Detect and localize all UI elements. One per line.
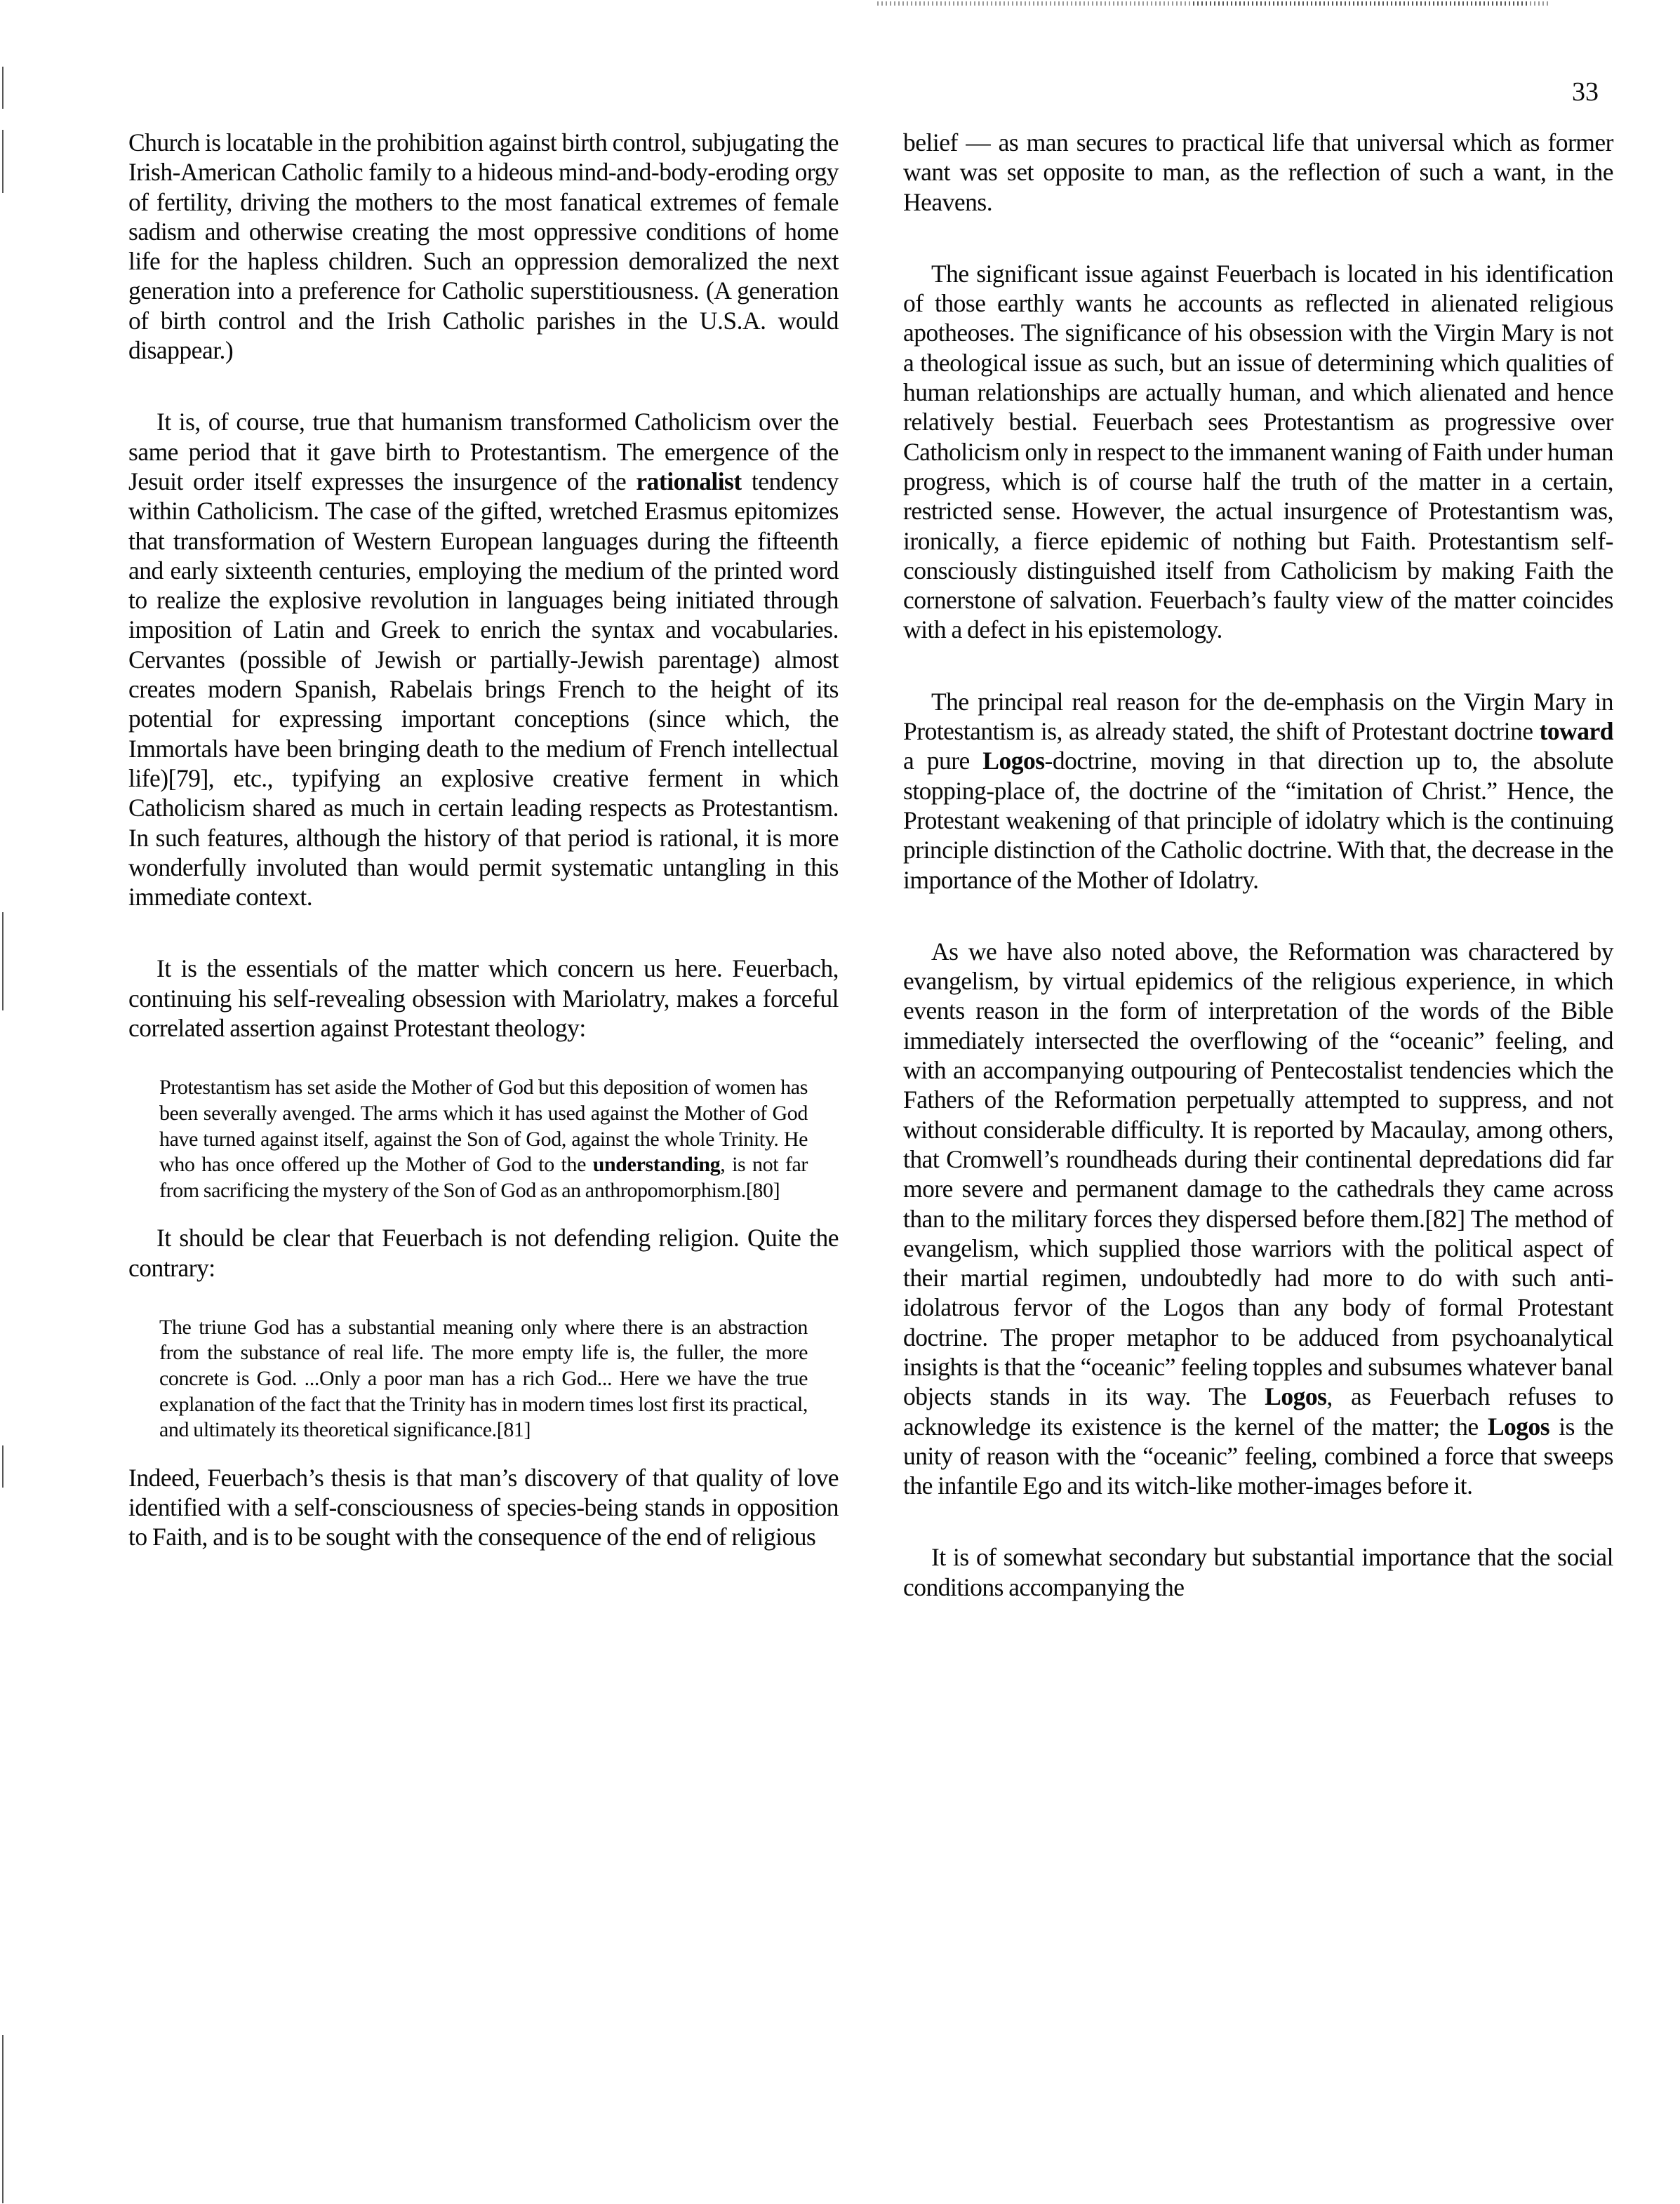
margin-mark	[2, 67, 4, 109]
paragraph: It should be clear that Feuerbach is not…	[128, 1223, 839, 1283]
margin-mark	[2, 1445, 4, 1488]
paragraph: Church is locatable in the prohibition a…	[128, 128, 839, 365]
emphasis-toward: toward	[1540, 717, 1613, 745]
paragraph: As we have also noted above, the Reforma…	[903, 937, 1613, 1501]
block-quote: Protestantism has set aside the Mother o…	[159, 1075, 808, 1203]
emphasis-logos: Logos	[982, 747, 1044, 775]
margin-mark	[2, 130, 4, 193]
emphasis-logos: Logos	[1265, 1382, 1326, 1410]
left-column: Church is locatable in the prohibition a…	[128, 128, 839, 1552]
emphasis-understanding: understanding	[593, 1153, 721, 1176]
paragraph: It is the essentials of the matter which…	[128, 954, 839, 1043]
margin-mark	[2, 912, 4, 1010]
paragraph: The principal real reason for the de-emp…	[903, 687, 1613, 895]
emphasis-rationalist: rationalist	[636, 467, 741, 495]
paragraph: It is, of course, true that humanism tra…	[128, 407, 839, 911]
right-column: belief — as man secures to practical lif…	[903, 128, 1613, 1602]
scan-artifact-top-dense	[1193, 1, 1530, 6]
block-quote: The triune God has a substantial meaning…	[159, 1315, 808, 1443]
paragraph: Indeed, Feuerbach’s thesis is that man’s…	[128, 1463, 839, 1552]
paragraph: belief — as man secures to practical lif…	[903, 128, 1613, 217]
margin-mark	[2, 2035, 4, 2203]
emphasis-logos: Logos	[1488, 1412, 1549, 1441]
paragraph: The significant issue against Feuerbach …	[903, 259, 1613, 645]
paragraph: It is of somewhat secondary but substant…	[903, 1542, 1613, 1602]
page-number: 33	[1572, 79, 1599, 105]
